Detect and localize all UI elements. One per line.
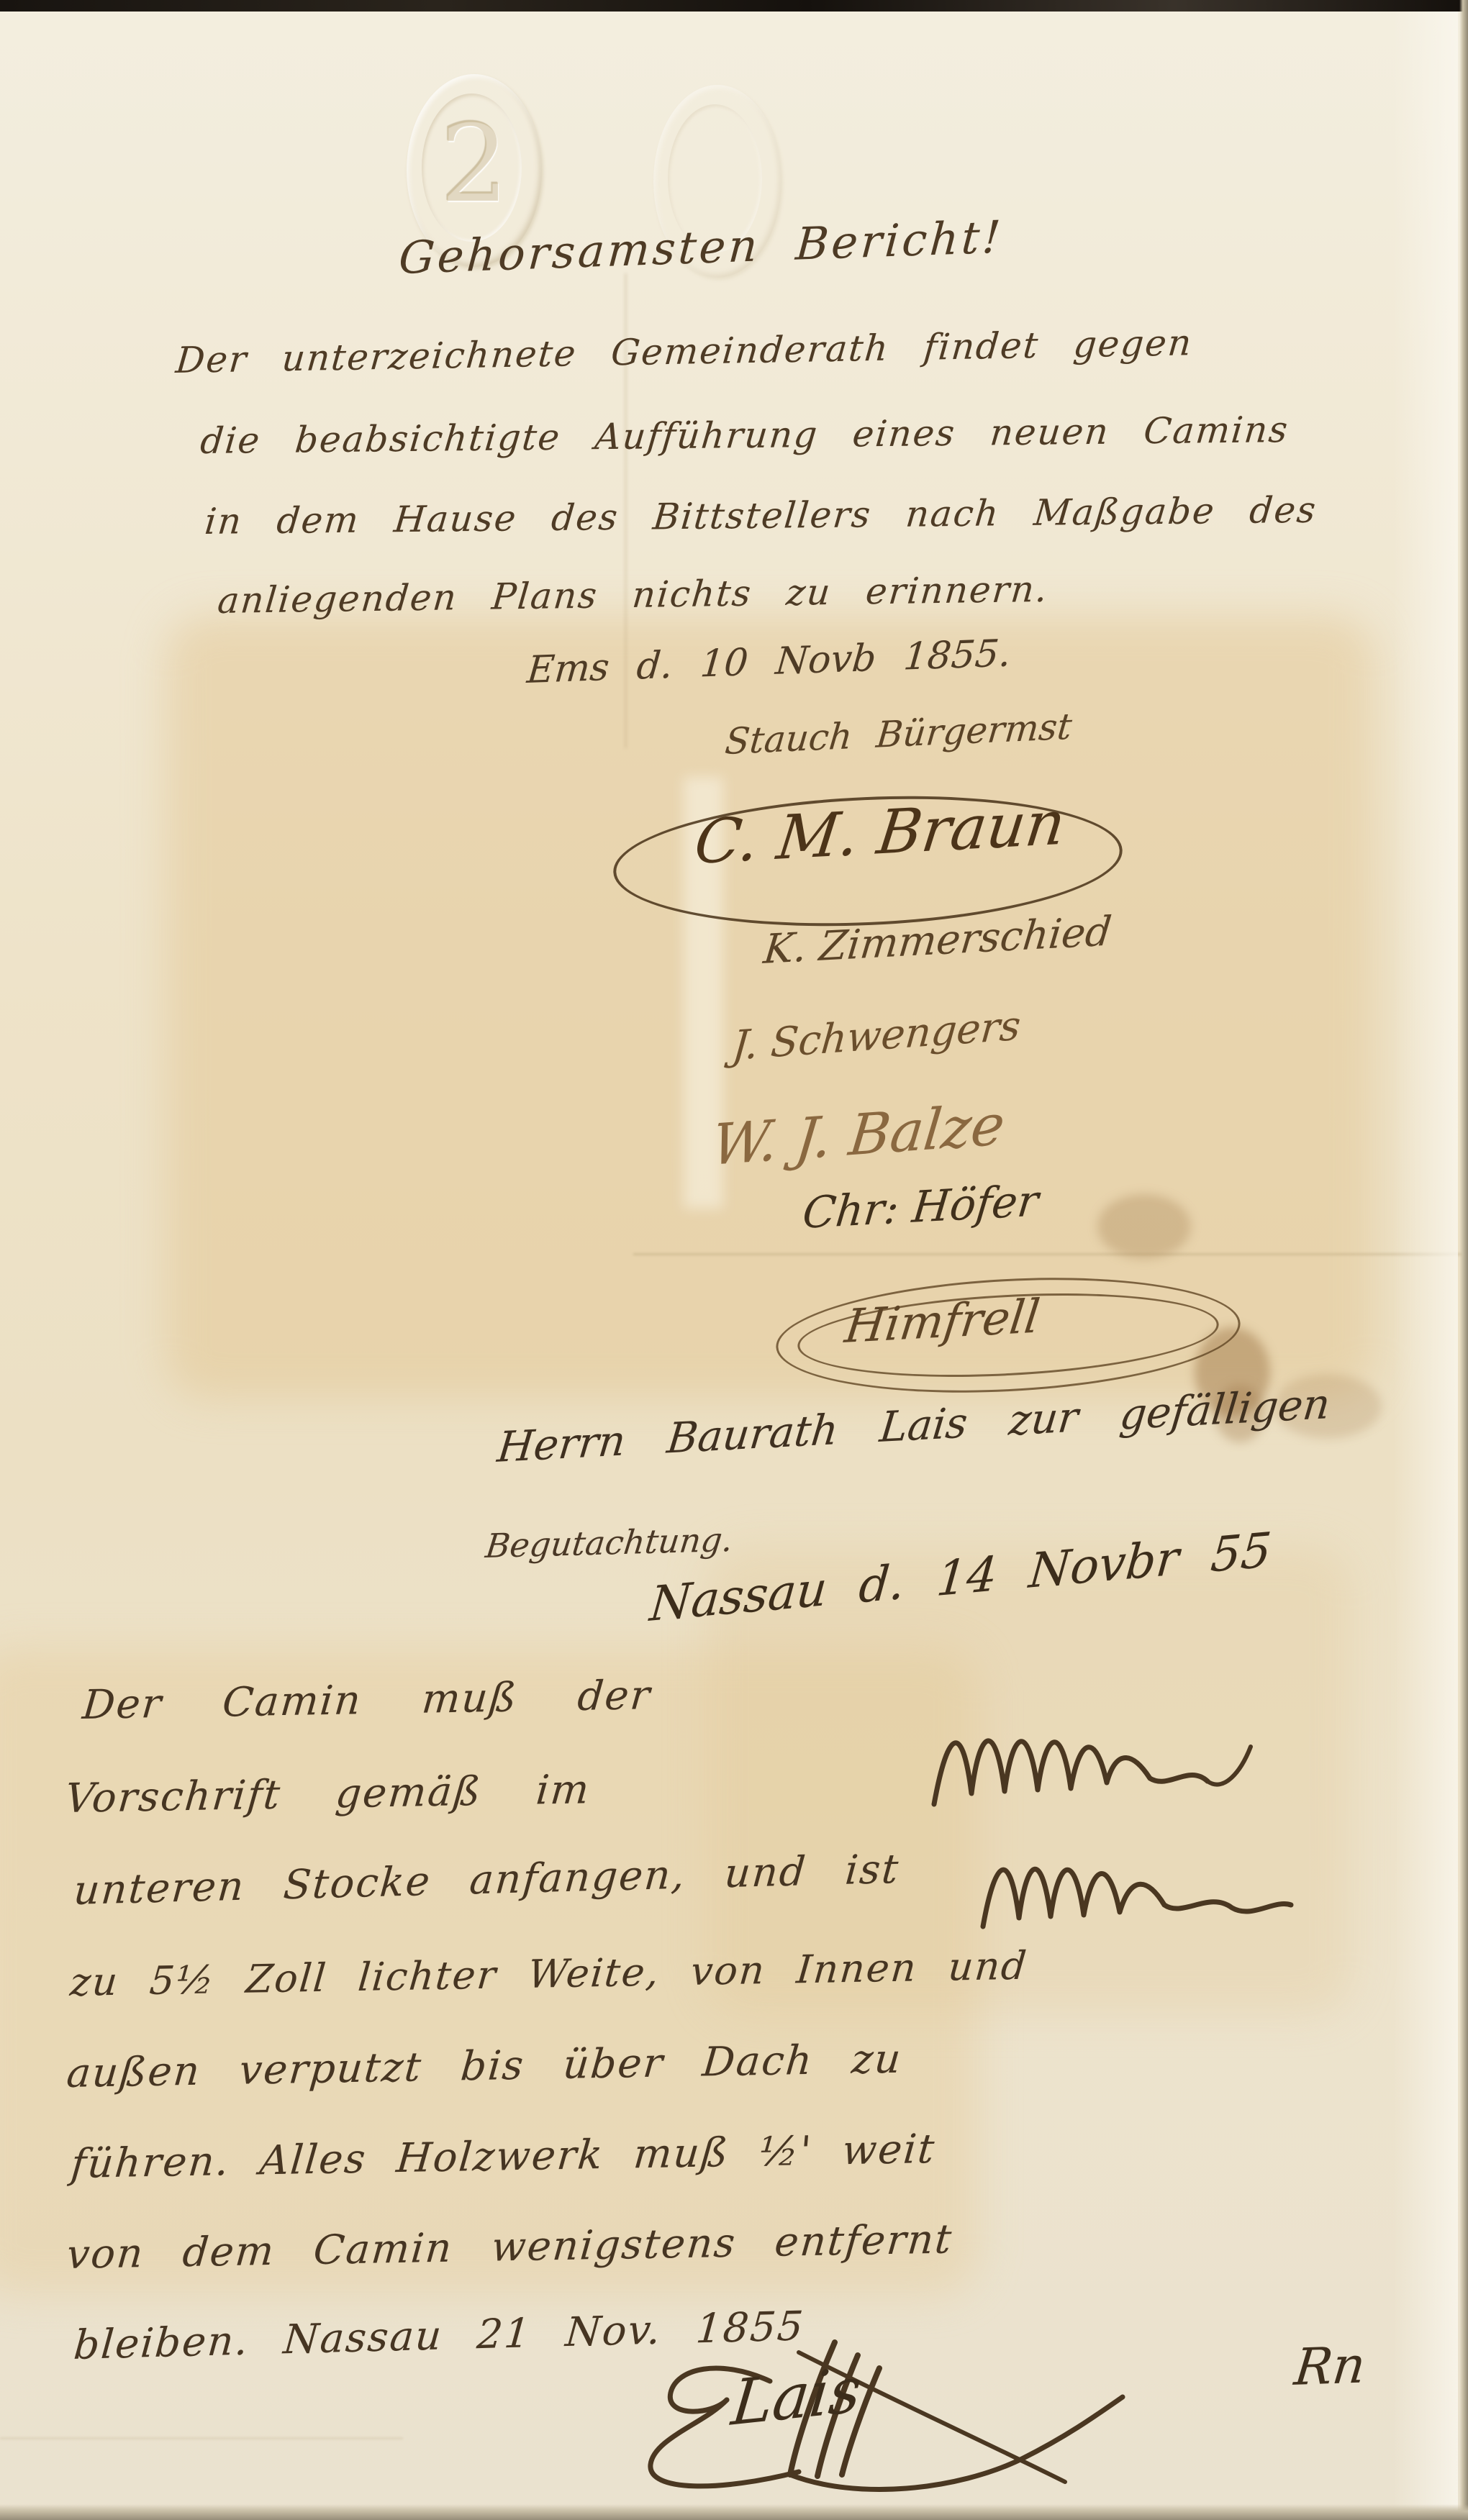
illegible-signature-1: [921, 1703, 1259, 1826]
illegible-signature-2: [971, 1833, 1302, 1948]
scan-top-edge: [0, 0, 1468, 12]
report-line-1: Der unterzeichnete Gemeinderath findet g…: [174, 322, 1195, 381]
bottom-left-crease: [0, 2437, 403, 2439]
referral-line-2: Begutachtung.: [484, 1520, 735, 1565]
clerk-initials: Rn: [1292, 2335, 1368, 2397]
report-line-2: die beabsichtigte Aufführung eines neuen…: [199, 409, 1291, 462]
horizontal-crease: [633, 1253, 1468, 1255]
paper-right-edge: [1459, 0, 1468, 2520]
instruction-line-1: Der Camin muß der: [81, 1672, 653, 1729]
signature-himfrell: Himfrell: [842, 1290, 1043, 1354]
embossed-seal-value: 2: [407, 101, 542, 227]
ink-stain: [1097, 1194, 1191, 1259]
paper-bottom-edge: [0, 2504, 1468, 2520]
report-line-4: anliegenden Plans nichts zu erinnern.: [216, 568, 1050, 622]
paper-right-highlight: [1393, 0, 1458, 2520]
manuscript-page: 2 Gehorsamsten Bericht! Der unterzeichne…: [0, 0, 1468, 2520]
lais-signature-flourish: [619, 2331, 1137, 2518]
signature-lais: Lais: [728, 2354, 865, 2440]
instruction-line-2: Vorschrift gemäß im: [63, 1766, 592, 1822]
report-line-3: in dem Hause des Bittstellers nach Maßga…: [203, 489, 1319, 542]
